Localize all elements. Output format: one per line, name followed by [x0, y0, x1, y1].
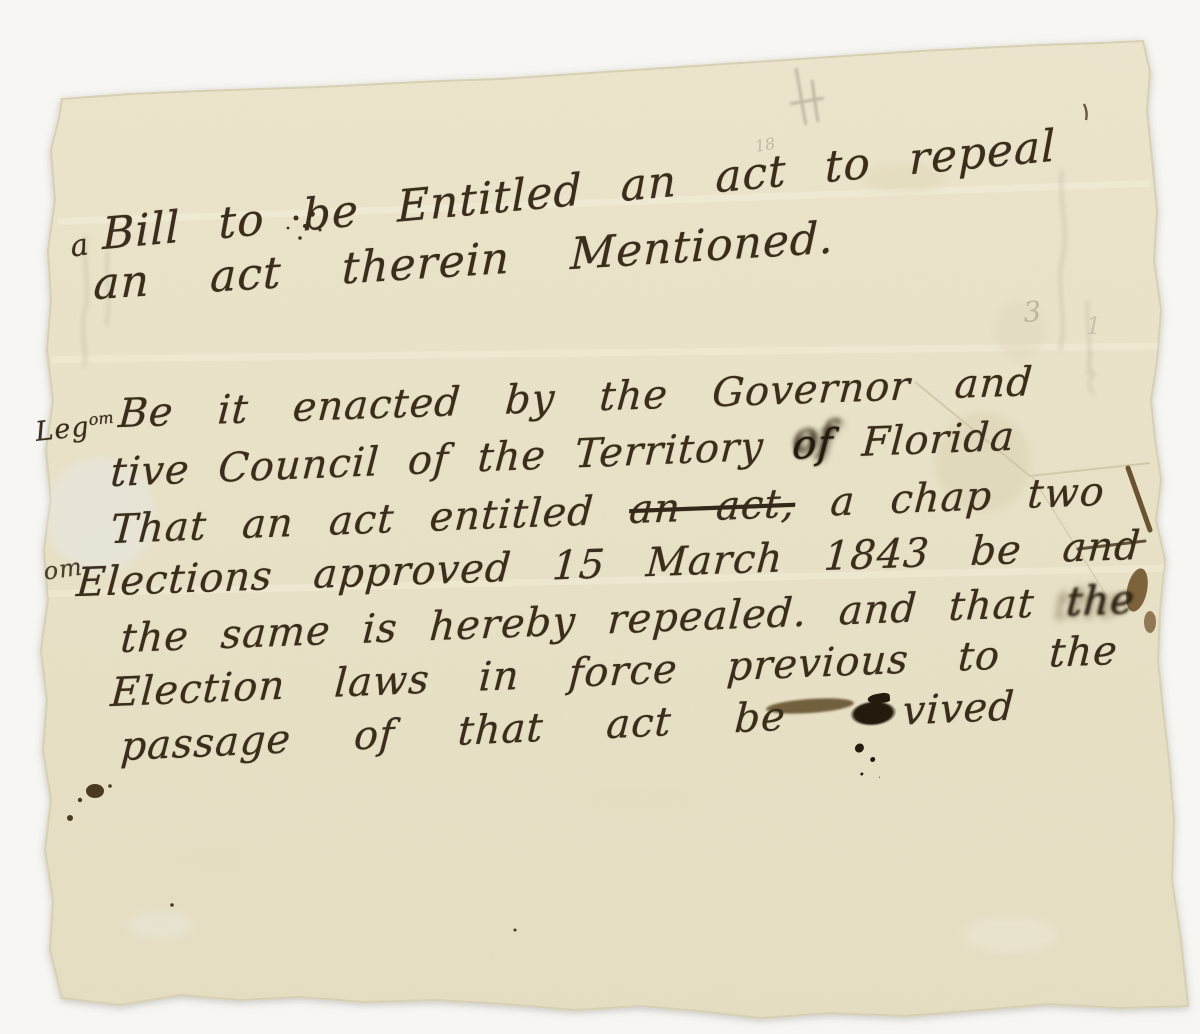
body-line-7-post: vived: [901, 683, 1016, 734]
margin-note-legislative-sup: om: [88, 408, 115, 429]
ghost-number-3: 3: [1022, 295, 1042, 329]
ghost-number-1: 1: [1086, 312, 1101, 340]
body-line-5-smudged-word: the: [1065, 577, 1137, 626]
margin-note-legislative-text: Leg: [34, 411, 91, 447]
body-line-2-post: Florida: [832, 414, 1017, 467]
body-line-3-strikethrough: an act,: [628, 481, 797, 534]
scanned-document-page: 18 3 1 a Bill to be Entitled an act to r…: [0, 0, 1200, 1034]
body-line-2-blotted-word: of: [791, 421, 835, 469]
ink-blot-over-word: [848, 699, 904, 734]
